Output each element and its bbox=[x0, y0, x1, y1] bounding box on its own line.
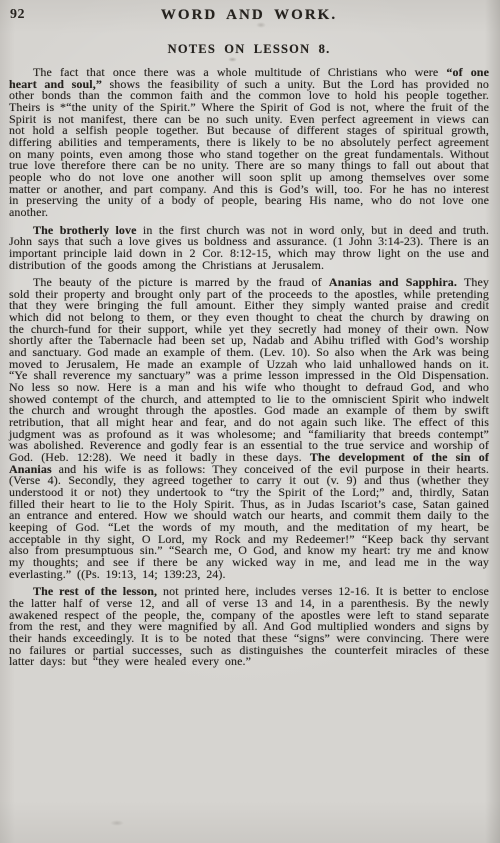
journal-title: WORD AND WORK. bbox=[161, 7, 337, 23]
scanned-page: 92 WORD AND WORK. NOTES ON LESSON 8. The… bbox=[0, 0, 500, 843]
paragraph: The brotherly love in the first church w… bbox=[9, 225, 489, 272]
scan-speck bbox=[110, 820, 124, 826]
paragraph: The rest of the lesson, not printed here… bbox=[9, 586, 489, 668]
paragraph: The beauty of the picture is marred by t… bbox=[9, 277, 489, 580]
page-number: 92 bbox=[10, 7, 25, 23]
section-heading: NOTES ON LESSON 8. bbox=[9, 42, 489, 57]
page-header: 92 WORD AND WORK. bbox=[9, 6, 489, 26]
scan-speck bbox=[228, 57, 237, 62]
paragraph: The fact that once there was a whole mul… bbox=[9, 67, 489, 219]
text-run: not printed here, includes verses 12-16.… bbox=[9, 584, 489, 668]
text-run: and his wife is as follows: They conceiv… bbox=[9, 462, 489, 581]
text-run: They sold their property and brought onl… bbox=[9, 275, 489, 464]
article-body: The fact that once there was a whole mul… bbox=[9, 67, 489, 668]
text-run: shows the feasibility of such a unity. B… bbox=[9, 77, 489, 219]
